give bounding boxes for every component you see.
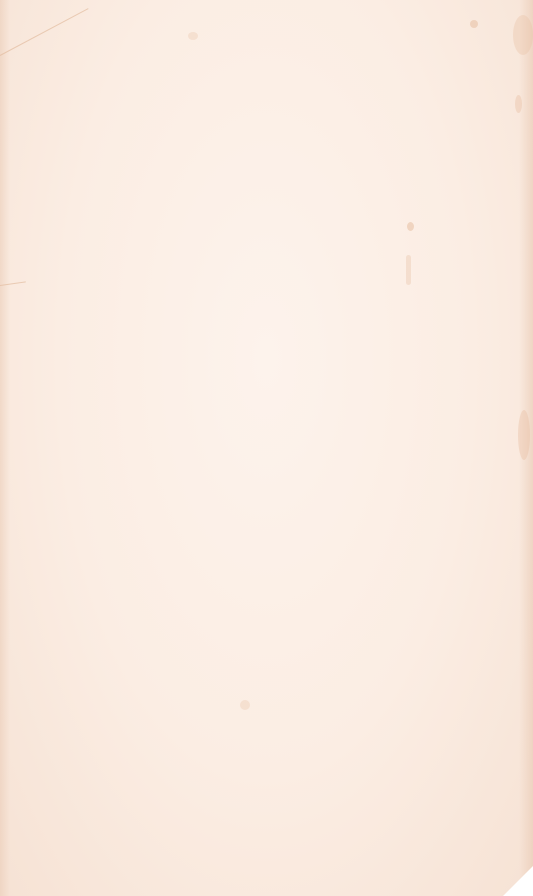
stain-spot [518, 410, 530, 460]
stain-spot [470, 20, 478, 28]
stain-spot [240, 700, 250, 710]
stain-spot [515, 95, 522, 113]
blank-paper-page [0, 0, 533, 896]
left-edge-discoloration [0, 0, 10, 896]
stain-spot [513, 15, 533, 55]
corner-crease [0, 8, 89, 56]
stain-spot [188, 32, 198, 40]
stain-spot [406, 255, 411, 285]
stain-spot [407, 222, 414, 231]
corner-fold [503, 866, 533, 896]
